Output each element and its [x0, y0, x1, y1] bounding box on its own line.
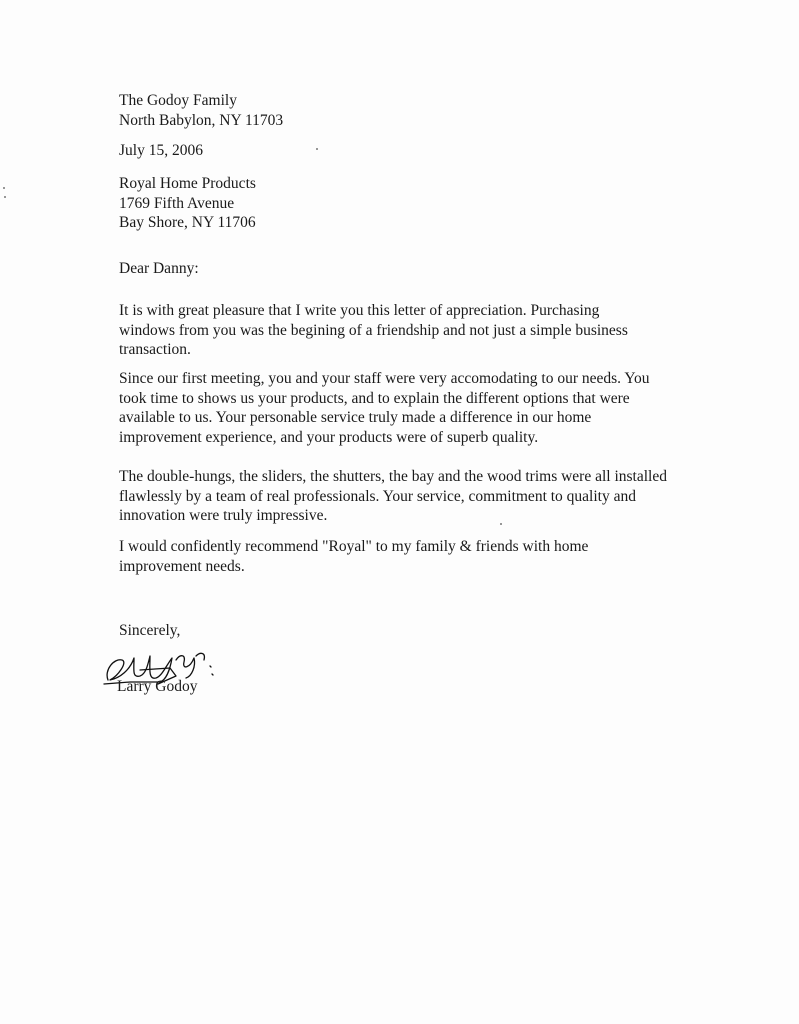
paragraph-1: It is with great pleasure that I write y… — [119, 301, 628, 360]
paragraph-4: I would confidently recommend "Royal" to… — [119, 537, 588, 576]
sender-name: The Godoy Family — [119, 91, 283, 111]
salutation: Dear Danny: — [119, 259, 199, 279]
sender-address: The Godoy Family North Babylon, NY 11703 — [119, 91, 283, 130]
recipient-address: Royal Home Products 1769 Fifth Avenue Ba… — [119, 174, 256, 233]
recipient-name: Royal Home Products — [119, 174, 256, 194]
letter-date: July 15, 2006 — [119, 141, 203, 161]
signer-name: Larry Godoy — [117, 677, 198, 697]
scan-speck — [4, 196, 6, 198]
scan-speck — [3, 187, 5, 189]
paragraph-3: The double-hungs, the sliders, the shutt… — [119, 467, 667, 526]
closing: Sincerely, — [119, 621, 180, 641]
paragraph-2: Since our first meeting, you and your st… — [119, 369, 649, 447]
recipient-city: Bay Shore, NY 11706 — [119, 213, 256, 233]
scan-speck — [500, 523, 502, 525]
letter-page: The Godoy Family North Babylon, NY 11703… — [0, 0, 799, 1024]
sender-city: North Babylon, NY 11703 — [119, 111, 283, 131]
scan-speck — [316, 148, 318, 150]
recipient-street: 1769 Fifth Avenue — [119, 194, 256, 214]
